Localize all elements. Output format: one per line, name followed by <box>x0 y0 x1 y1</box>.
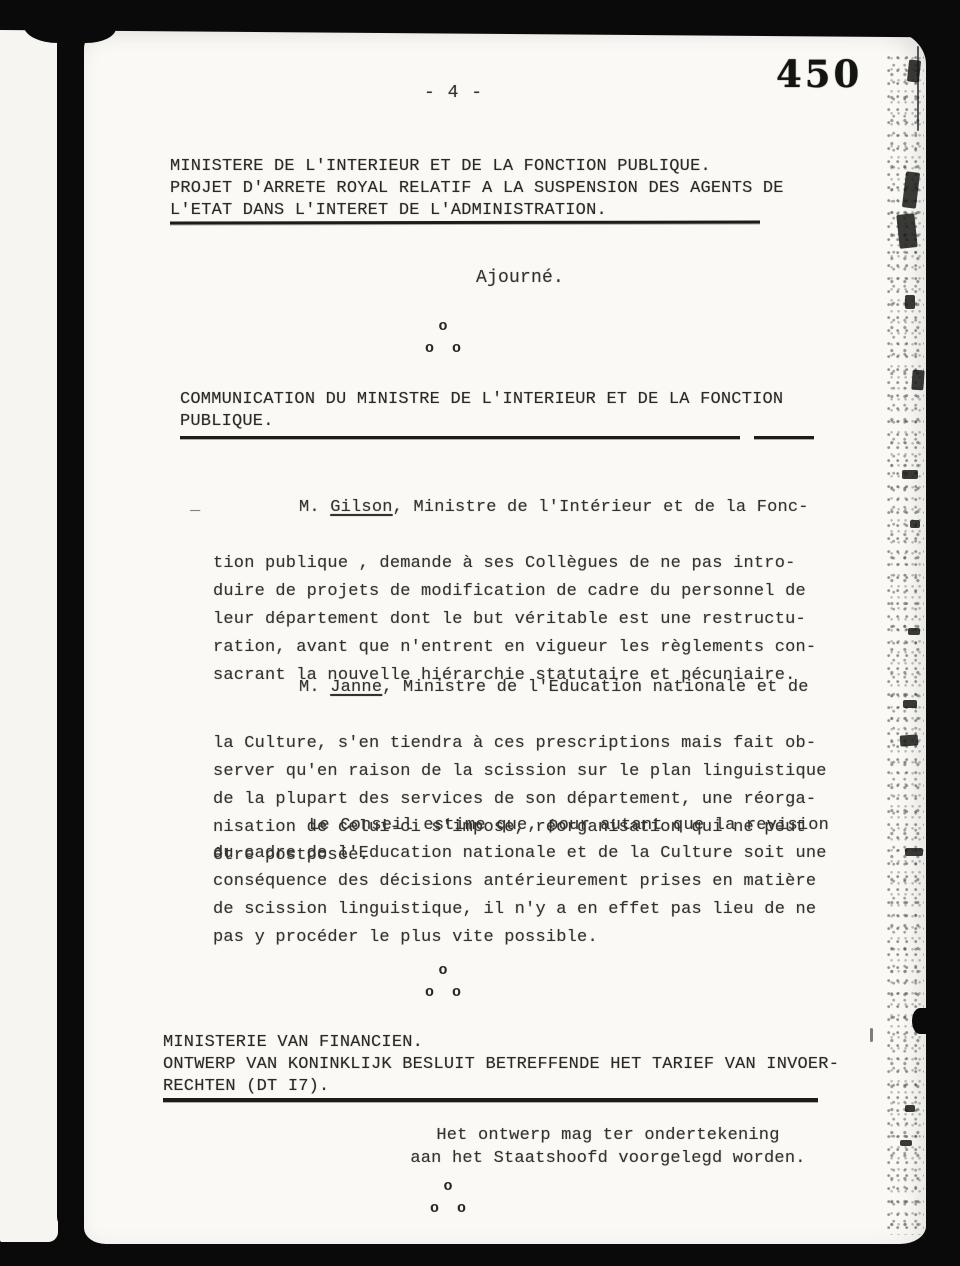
ink-smudge <box>911 370 924 391</box>
separator-dots-bottom: o o <box>388 1198 508 1220</box>
status-ajourne: Ajourné. <box>450 266 590 290</box>
ink-smudge <box>905 848 923 856</box>
section-separator: o o o <box>388 1176 508 1220</box>
ink-smudge <box>900 1140 912 1146</box>
section-separator: o o o <box>383 960 503 1004</box>
communication-heading: COMMUNICATION DU MINISTRE DE L'INTERIEUR… <box>180 389 840 433</box>
ink-smudge <box>905 1105 915 1112</box>
folio-stamp-number: 450 <box>776 56 862 93</box>
bottom-scan-band <box>0 1244 960 1266</box>
scanned-minutes-page: 450 - 4 - MINISTERE DE L'INTERIEUR ET DE… <box>0 0 960 1266</box>
separator-dots-bottom: o o <box>383 982 503 1004</box>
separator-dots-bottom: o o <box>383 338 503 360</box>
finance-decision-text: Het ontwerp mag ter ondertekening aan he… <box>408 1124 808 1170</box>
interior-section-heading: MINISTERE DE L'INTERIEUR ET DE LA FONCTI… <box>170 156 810 222</box>
ink-smudge <box>870 1028 873 1042</box>
first-line-rest: , Ministre de l'Education nationale et d… <box>382 678 808 697</box>
speaker-lead: M. <box>299 678 330 697</box>
ink-smudge <box>912 1008 928 1034</box>
section-separator: o o o <box>383 316 503 360</box>
margin-mark: _ <box>190 492 200 520</box>
right-scan-band <box>926 0 960 1266</box>
left-page-edge-strip <box>0 26 58 1242</box>
ink-smudge <box>900 734 919 746</box>
separator-dot-top: o <box>383 316 503 338</box>
speaker-lead: M. <box>299 498 330 517</box>
paragraph-first-line: M. Janne, Ministre de l'Education nation… <box>213 674 863 702</box>
ink-smudge <box>902 470 918 479</box>
separator-dot-top: o <box>388 1176 508 1198</box>
finance-section-heading: MINISTERIE VAN FINANCIEN. ONTWERP VAN KO… <box>163 1032 853 1098</box>
spine-shadow-bar <box>57 24 84 1230</box>
first-line-rest: , Ministre de l'Intérieur et de la Fonc- <box>393 498 809 517</box>
separator-dot-top: o <box>383 960 503 982</box>
paragraph-conseil: Le Conseil estime que, pour autant que l… <box>213 812 863 952</box>
ink-smudge <box>896 213 917 249</box>
ink-smudge <box>908 628 920 635</box>
ink-smudge <box>903 700 917 708</box>
paragraph-first-line: M. Gilson, Ministre de l'Intérieur et de… <box>213 494 863 522</box>
speaker-name-underlined: Gilson <box>330 498 392 517</box>
ink-smudge <box>917 46 919 131</box>
speaker-name-underlined: Janne <box>330 678 382 697</box>
heading-underline <box>180 436 740 439</box>
heading-underline <box>163 1098 818 1102</box>
ink-smudge <box>910 520 920 528</box>
ink-smudge <box>905 295 915 309</box>
heading-underline <box>754 436 814 439</box>
page-number: - 4 - <box>424 82 483 104</box>
